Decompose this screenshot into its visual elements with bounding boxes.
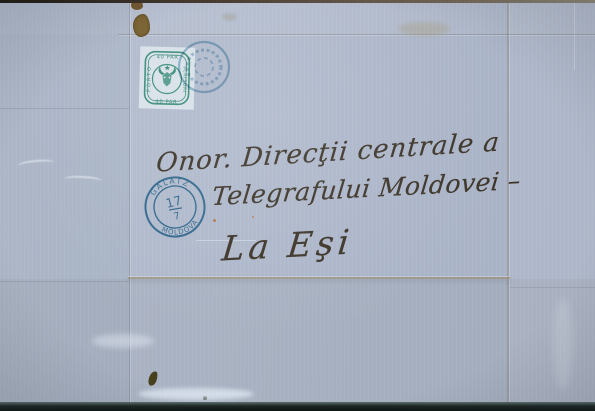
vertical-fold-highlight-right — [509, 0, 510, 411]
cancel-inner-circle — [195, 58, 213, 76]
horizontal-fold-highlight-top — [118, 35, 595, 36]
blue-cancel-mark — [170, 38, 232, 100]
horizontal-fold-lower-right — [510, 287, 595, 288]
paper-shine-2 — [138, 388, 254, 400]
datestamp-graphic: GALATZ MOLDOVA 17 7 — [136, 168, 214, 246]
horizontal-fold-left-panel — [0, 108, 129, 109]
cancel-graphic — [170, 38, 232, 100]
address-line-3: La Eşi — [220, 222, 355, 269]
paper-left-panel — [0, 0, 129, 411]
vertical-fold-highlight-left — [130, 0, 131, 411]
stamp-left-label: PORTO — [146, 65, 153, 92]
wax-stain-large — [133, 14, 150, 37]
rust-dot-2 — [252, 216, 254, 218]
photo-top-edge — [0, 0, 595, 3]
paper-shine-1 — [92, 334, 154, 348]
photo-bottom-edge — [0, 402, 595, 411]
horizontal-fold-lower-left — [0, 281, 128, 282]
rust-dot-1 — [213, 219, 216, 222]
faint-tan-stain-top-right — [398, 22, 450, 36]
address-line-2: Telegrafului Moldovei – — [211, 166, 523, 211]
faint-stain-top-center — [222, 13, 237, 21]
cancel-letter-ring — [187, 50, 221, 84]
paper-right-panel — [509, 0, 595, 411]
flap-edge-fold — [128, 277, 510, 279]
galatz-datestamp: GALATZ MOLDOVA 17 7 — [136, 168, 214, 246]
photograph-folded-letter-cover: 40 PAR 40 PAR PORTO SCRISORI GALATZ MO — [0, 0, 595, 411]
paper-shine-3 — [553, 298, 573, 390]
datestamp-month: 7 — [173, 211, 182, 223]
stamp-bottom-label: 40 PAR — [155, 99, 177, 106]
